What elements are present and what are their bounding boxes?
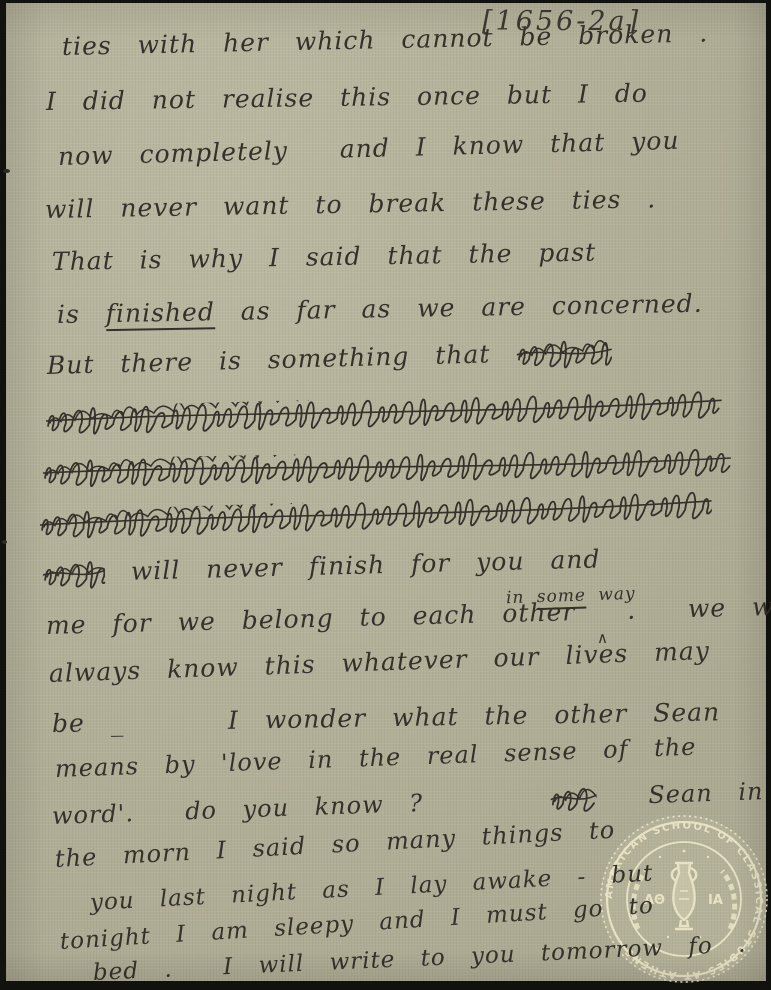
insertion-underlined-word: some xyxy=(536,585,586,610)
insertion-post: way xyxy=(586,584,636,606)
handwritten-text: is xyxy=(57,299,106,329)
handwritten-text: Sean in xyxy=(597,777,764,811)
ink-smudge xyxy=(3,169,10,173)
photograph-of-letter: [1656-2a] ties with her which cannot be … xyxy=(0,0,771,990)
scribbled-out-text xyxy=(516,338,612,370)
insertion-caret-icon: ∧ xyxy=(597,629,608,647)
seal-greek-right: ΙΑ xyxy=(708,893,723,908)
ink-smudge xyxy=(2,540,7,544)
scribbled-out-text xyxy=(43,559,106,591)
insertion-pre: in xyxy=(506,587,537,608)
handwritten-text: finished xyxy=(106,297,216,331)
scribbled-out-text xyxy=(551,784,598,816)
